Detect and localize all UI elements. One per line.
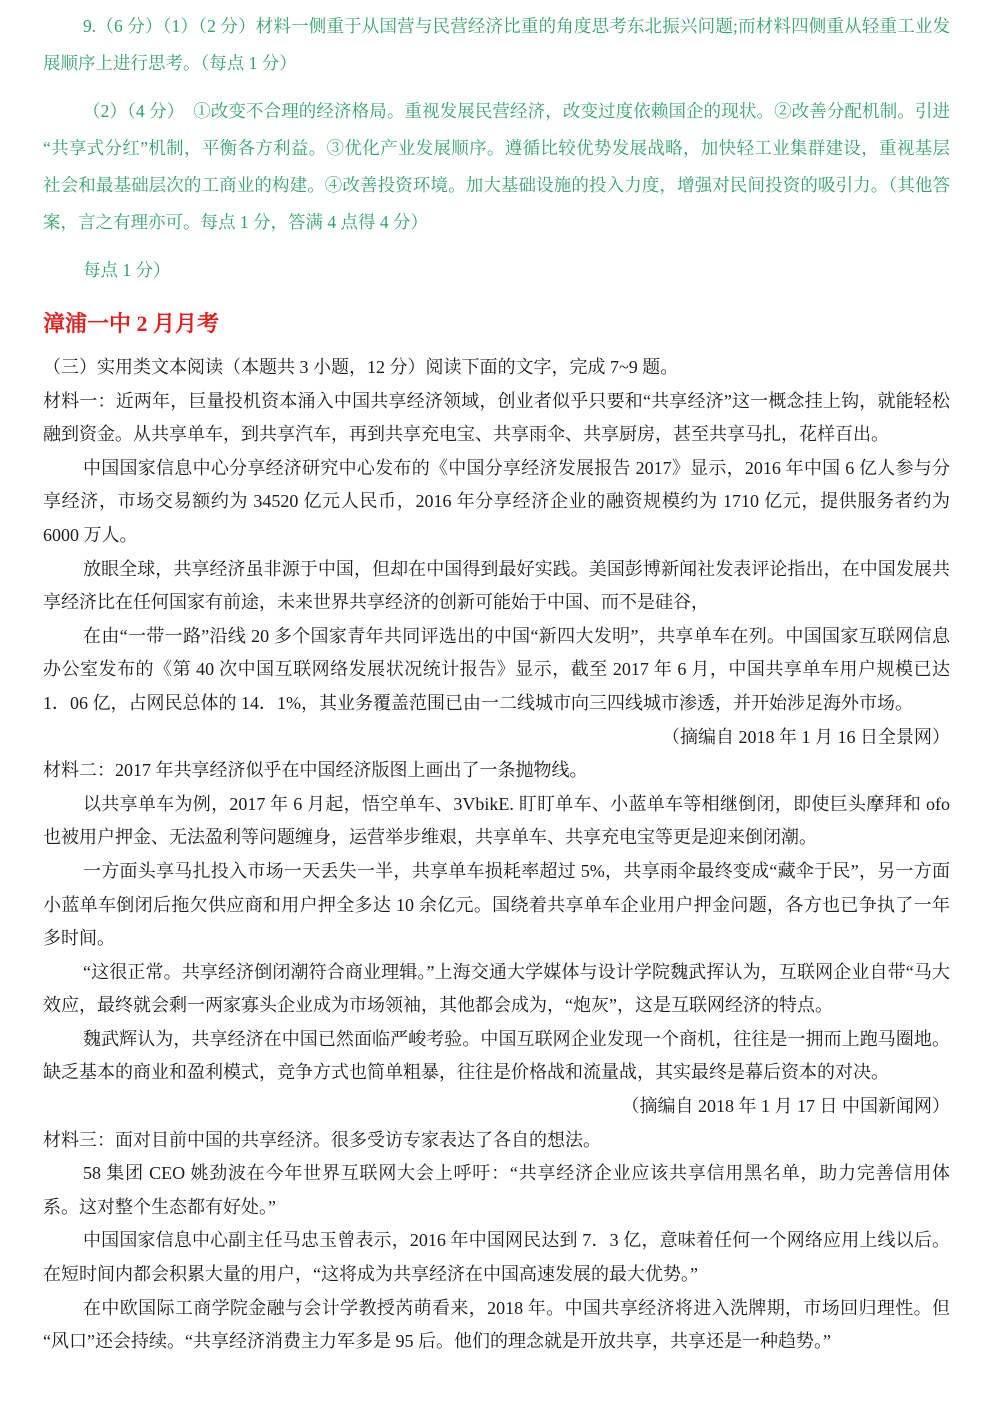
material-2-para-weiwuhui-quote: “这很正常。共享经济倒闭潮符合商业理辑。”上海交通大学媒体与设计学院魏武挥认为，…: [43, 956, 950, 1023]
answer-key-section: 9.（6 分）（1）（2 分）材料一侧重于从国营与民营经济比重的角度思考东北振兴…: [43, 8, 950, 289]
exam-title: 漳浦一中 2 月月考: [43, 309, 950, 339]
reading-instructions: （三）实用类文本阅读（本题共 3 小题，12 分）阅读下面的文字，完成 7~9 …: [43, 351, 950, 385]
material-2-para-weiwuhui-view: 魏武辉认为，共享经济在中国已然面临严峻考验。中国互联网企业发现一个商机，往往是一…: [43, 1023, 950, 1090]
material-1-para-report: 中国国家信息中心分享经济研究中心发布的《中国分享经济发展报告 2017》显示，2…: [43, 452, 950, 553]
material-1-source: （摘编自 2018 年 1 月 16 日全景网）: [43, 721, 950, 755]
material-3-para-mazhongyu: 中国国家信息中心副主任马忠玉曾表示，2016 年中国网民达到 7．3 亿，意味着…: [43, 1224, 950, 1291]
material-2-intro: 材料二：2017 年共享经济似乎在中国经济版图上画出了一条抛物线。: [43, 754, 950, 788]
material-2-source: （摘编自 2018 年 1 月 17 日 中国新闻网）: [43, 1090, 950, 1124]
material-1-para-belt-road: 在由“一带一路”沿线 20 多个国家青年共同评选出的中国“新四大发明”，共享单车…: [43, 620, 950, 721]
reading-passage-section: （三）实用类文本阅读（本题共 3 小题，12 分）阅读下面的文字，完成 7~9 …: [43, 351, 950, 1359]
document-page: 9.（6 分）（1）（2 分）材料一侧重于从国营与民营经济比重的角度思考东北振兴…: [0, 0, 992, 1403]
answer-leftover-line: 每点 1 分）: [43, 252, 950, 289]
material-2-para-bike-failures: 以共享单车为例，2017 年 6 月起，悟空单车、3VbikE. 盯盯单车、小蓝…: [43, 788, 950, 855]
material-3-intro: 材料三：面对目前中国的共享经济。很多受访专家表达了各自的想法。: [43, 1124, 950, 1158]
answer-q9-part2: （2）（4 分） ①改变不合理的经济格局。重视发展民营经济，改变过度依赖国企的现…: [43, 93, 950, 241]
answer-q9-part1: 9.（6 分）（1）（2 分）材料一侧重于从国营与民营经济比重的角度思考东北振兴…: [43, 8, 950, 82]
material-1-para-global: 放眼全球，共享经济虽非源于中国，但却在中国得到最好实践。美国彭博新闻社发表评论指…: [43, 553, 950, 620]
material-1-intro: 材料一：近两年，巨量投机资本涌入中国共享经济领域，创业者似乎只要和“共享经济”这…: [43, 385, 950, 452]
material-2-para-losses: 一方面头享马扎投入市场一天丢失一半，共享单车损耗率超过 5%，共享雨伞最终变成“…: [43, 855, 950, 956]
material-3-para-yaojinbo: 58 集团 CEO 姚劲波在今年世界互联网大会上呼吁：“共享经济企业应该共享信用…: [43, 1157, 950, 1224]
material-3-para-ruimeng: 在中欧国际工商学院金融与会计学教授芮萌看来，2018 年。中国共享经济将进入洗牌…: [43, 1292, 950, 1359]
